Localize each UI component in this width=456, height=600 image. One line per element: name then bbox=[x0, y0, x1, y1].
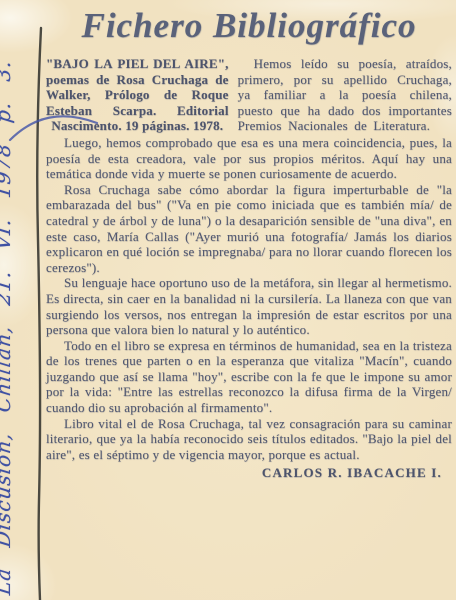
intro-paragraph-column: Hemos leído su poesía, atraídos, primero… bbox=[238, 56, 452, 134]
article-paragraph: Hemos leído su poesía, atraídos, primero… bbox=[238, 56, 452, 134]
article-body: Luego, hemos comprobado que esa es una m… bbox=[46, 135, 452, 462]
author-signature: CARLOS R. IBACACHE I. bbox=[46, 465, 442, 481]
article-title: Fichero Bibliográfico bbox=[46, 6, 452, 46]
book-reference: "BAJO LA PIEL DEL AIRE", poemas de Rosa … bbox=[46, 56, 229, 134]
scanned-clipping-page: La Discusión, Chillán, 21. VI. 1978 p. 3… bbox=[0, 0, 456, 600]
article-paragraph: Todo en el libro se expresa en términos … bbox=[46, 338, 452, 416]
clipping-edge-line bbox=[37, 28, 41, 600]
article: Fichero Bibliográfico "BAJO LA PIEL DEL … bbox=[46, 4, 452, 481]
handwritten-source-note: La Discusión, Chillán, 21. VI. 1978 p. 3… bbox=[0, 59, 15, 596]
article-paragraph: Luego, hemos comprobado que esa es una m… bbox=[46, 135, 452, 182]
intro-columns: "BAJO LA PIEL DEL AIRE", poemas de Rosa … bbox=[46, 56, 452, 134]
article-paragraph: Libro vital el de Rosa Cruchaga, tal vez… bbox=[46, 416, 452, 463]
article-paragraph: Su lenguaje hace oportuno uso de la metá… bbox=[46, 275, 452, 337]
article-paragraph: Rosa Cruchaga sabe cómo abordar la figur… bbox=[46, 182, 452, 276]
